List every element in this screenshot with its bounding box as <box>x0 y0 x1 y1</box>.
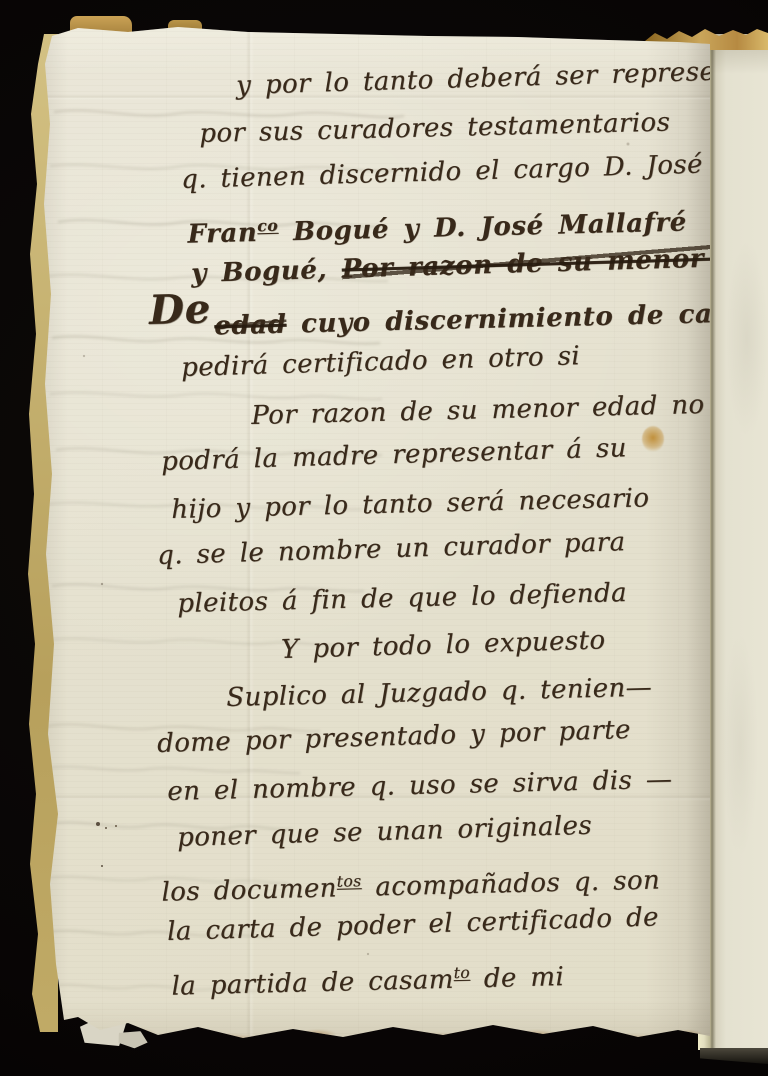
photographed-manuscript-scene: y por lo tanto deberá ser representadapo… <box>0 0 768 1076</box>
handwriting-text: pedirá certificado en otro si <box>181 341 581 383</box>
manuscript-text-block: y por lo tanto deberá ser representadapo… <box>150 66 725 1006</box>
handwriting-text: los documen <box>161 873 337 907</box>
inserted-correction-text: De <box>149 289 212 330</box>
handwriting-text: y Bogué, <box>191 255 342 289</box>
handwriting-text: Fran <box>187 218 258 250</box>
handwriting-text: por sus curadores testamentarios <box>199 108 671 149</box>
handwriting-text: de mi <box>470 962 565 994</box>
handwriting-text: q. se le nombre un curador para <box>157 527 626 571</box>
handwriting-text: podrá la madre representar á su <box>161 433 627 477</box>
handwriting-text: Suplico al Juzgado q. tenien— <box>226 673 652 713</box>
handwriting-text: Y por todo lo expuesto <box>281 625 606 665</box>
handwriting-text: hijo y por lo tanto será necesario <box>171 483 650 525</box>
handwriting-text: Por razon de su menor edad no <box>251 390 705 431</box>
handwriting-text: acompañados q. son <box>361 865 660 902</box>
superscript-abbreviation: tos <box>336 872 361 891</box>
superscript-abbreviation: co <box>257 216 279 236</box>
manuscript-page: y por lo tanto deberá ser representadapo… <box>38 24 710 1046</box>
handwriting-text: dome por presentado y por parte <box>157 715 631 759</box>
struck-out-text: edad <box>214 310 287 342</box>
superscript-abbreviation: to <box>453 964 470 982</box>
handwriting-text: pleitos á fin de que lo defienda <box>177 578 627 619</box>
handwriting-text: la partida de casam <box>171 965 454 1002</box>
handwriting-text: en el nombre q. uso se sirva dis — <box>167 765 673 807</box>
struck-out-text: Por razon de su menor ed <box>341 242 755 284</box>
handwriting-text: poner que se unan originales <box>177 811 593 853</box>
book-block-edge-bottom-right <box>700 1048 768 1064</box>
handwriting-text: la carta de poder el certificado de <box>167 902 659 947</box>
